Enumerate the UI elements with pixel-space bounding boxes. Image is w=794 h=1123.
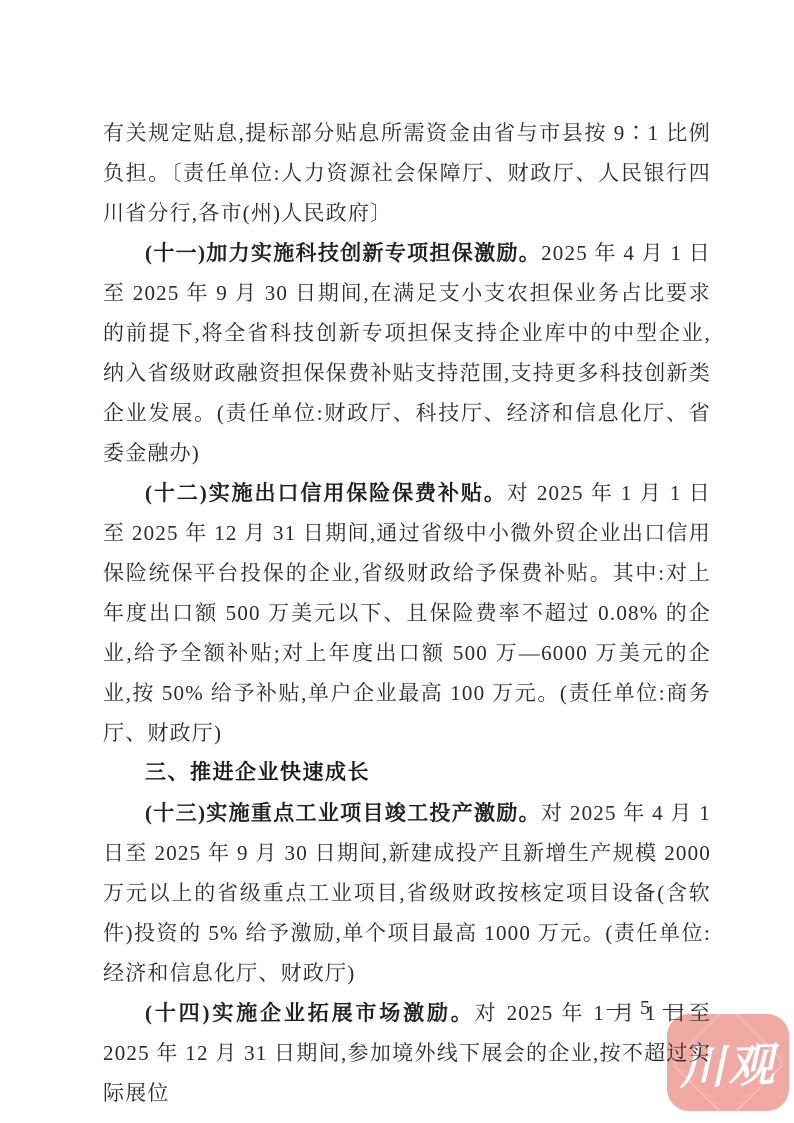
page-footer: — 5 — (0, 997, 711, 1020)
page-number: — 5 — (607, 997, 711, 1019)
item-12-body: 对 2025 年 1 月 1 日至 2025 年 12 月 31 日期间,通过省… (103, 481, 711, 745)
paragraph-continuation: 有关规定贴息,提标部分贴息所需资金由省与市县按 9∶1 比例负担。〔责任单位:人… (103, 113, 711, 233)
section-3-heading: 三、推进企业快速成长 (103, 753, 711, 793)
item-13-title: (十三)实施重点工业项目竣工投产激励。 (145, 801, 541, 825)
item-12-title: (十二)实施出口信用保险保费补贴。 (145, 481, 507, 505)
document-page: 有关规定贴息,提标部分贴息所需资金由省与市县按 9∶1 比例负担。〔责任单位:人… (0, 0, 794, 1123)
paragraph-item-11: (十一)加力实施科技创新专项担保激励。2025 年 4 月 1 日至 2025 … (103, 233, 711, 473)
item-11-body: 2025 年 4 月 1 日至 2025 年 9 月 30 日期间,在满足支小支… (103, 241, 711, 465)
item-11-title: (十一)加力实施科技创新专项担保激励。 (145, 241, 541, 265)
paragraph-item-13: (十三)实施重点工业项目竣工投产激励。对 2025 年 4 月 1 日至 202… (103, 793, 711, 993)
item-13-body: 对 2025 年 4 月 1 日至 2025 年 9 月 30 日期间,新建成投… (103, 801, 711, 985)
document-body: 有关规定贴息,提标部分贴息所需资金由省与市县按 9∶1 比例负担。〔责任单位:人… (103, 113, 711, 1113)
paragraph-item-12: (十二)实施出口信用保险保费补贴。对 2025 年 1 月 1 日至 2025 … (103, 473, 711, 753)
